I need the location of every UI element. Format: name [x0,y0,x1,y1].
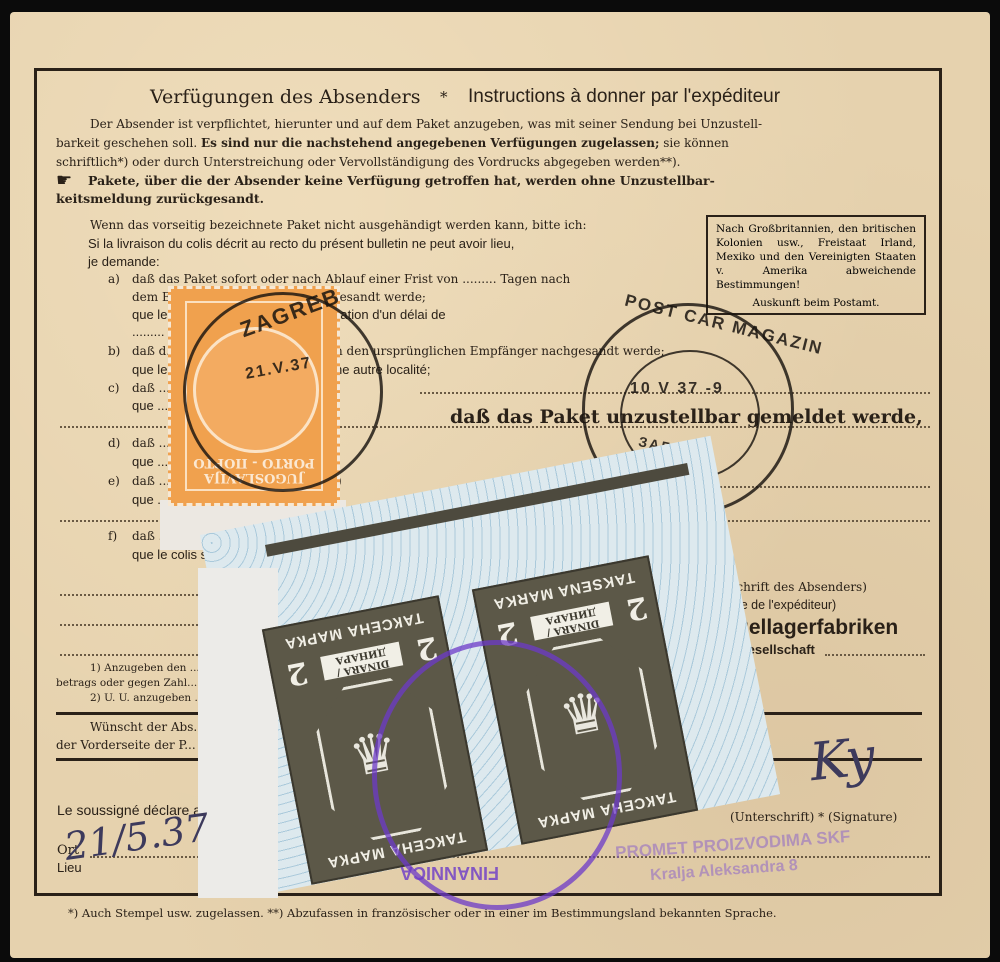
intro-tail: sie können [663,136,729,150]
warning-line-2: keitsmeldung zurückgesandt. [56,191,264,206]
option-c-label: c) [108,381,119,395]
bottom-footnote: *) Auch Stempel usw. zugelassen. **) Abz… [68,906,777,920]
tax-stamp-value-right: 2 [623,589,650,627]
title-german: Verfügungen des Absenders [150,86,420,108]
option-a-de-1: daß das Paket sofort oder nach Ablauf ei… [132,272,570,286]
intro-line-3: schriftlich*) oder durch Unterstreichung… [56,155,681,169]
wish-line-2: der Vorderseite der P... [56,738,196,752]
request-french-1: Si la livraison du colis décrit au recto… [88,236,514,251]
warning-line-1: Pakete, über die der Absender keine Verf… [88,173,715,188]
request-french-2: je demande: [88,254,160,269]
option-b-label: b) [108,344,120,358]
info-box-footer: Auskunft beim Postamt. [716,296,916,310]
signature-bottom-label: (Unterschrift) * (Signature) [730,810,897,824]
tax-stamp-denomination: DINARA / ДИНАРА [320,642,403,681]
option-f-label: f) [108,529,117,543]
info-box: Nach Großbritannien, den britischen Kolo… [706,215,926,315]
option-e-label: e) [108,474,120,488]
pointing-hand-icon: ☛ [56,170,72,191]
tax-stamp-denomination: DINARA / ДИНАРА [530,602,613,641]
sender-dotted-line [825,654,925,656]
title-french: Instructions à donner par l'expéditeur [468,86,780,108]
tax-stamp-value: 2 [284,654,311,692]
info-box-text: Nach Großbritannien, den britischen Kolo… [716,222,916,292]
handwritten-initials: Ky [807,727,878,793]
option-a-label: a) [108,272,120,286]
intro-line-2: barkeit geschehen soll. Es sind nur die … [56,136,729,150]
request-german: Wenn das vorseitig bezeichnete Paket nic… [90,218,587,232]
post-car-postmark-date: 10 V 37 -9 [630,380,724,398]
title-separator: * [440,88,448,106]
intro-line-1: Der Absender ist verpflichtet, hierunter… [90,117,762,131]
intro-normal: barkeit geschehen soll. [56,136,197,150]
finance-cancel-text: FINANNICA [400,862,499,883]
intro-bold: Es sind nur die nachstehend angegebenen … [201,136,659,150]
footnote-2: 2) U. U. anzugeben ... [90,692,205,704]
option-d-label: d) [108,436,120,450]
